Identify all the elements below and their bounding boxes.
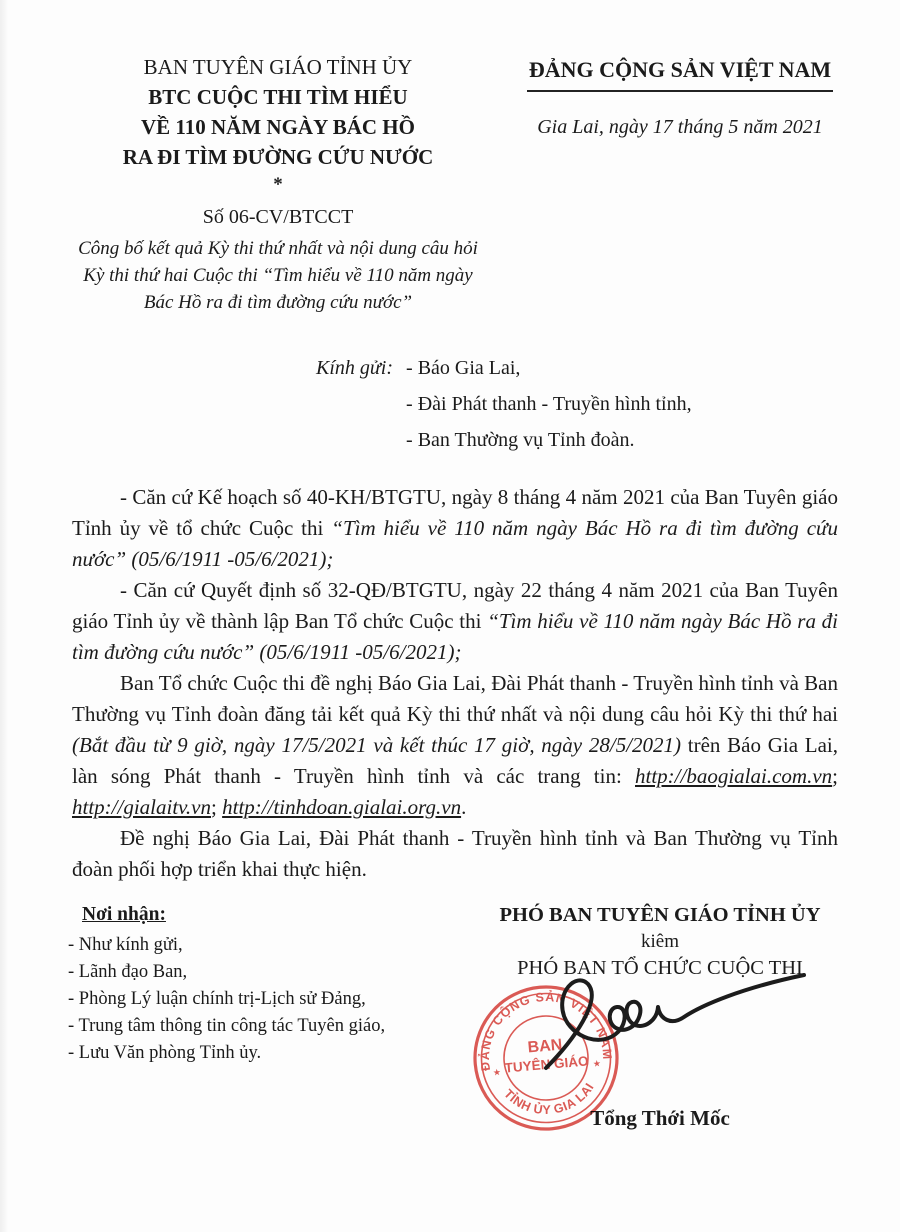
committee-name-line: VỀ 110 NĂM NGÀY BÁC HỒ <box>62 112 494 142</box>
url-separator: ; <box>832 764 838 788</box>
paragraph-1: - Căn cứ Kế hoạch số 40-KH/BTGTU, ngày 8… <box>72 482 838 575</box>
noi-nhan-block: Nơi nhận: - Như kính gửi, - Lãnh đạo Ban… <box>68 901 460 1067</box>
recipient-item: - Báo Gia Lai, <box>406 350 692 386</box>
paragraph-3: Ban Tổ chức Cuộc thi đề nghị Báo Gia Lai… <box>72 668 838 823</box>
paragraph-3-text: Ban Tổ chức Cuộc thi đề nghị Báo Gia Lai… <box>72 671 838 726</box>
recipients-block: Kính gửi: - Báo Gia Lai, - Đài Phát than… <box>316 350 900 458</box>
noi-nhan-item: - Lãnh đạo Ban, <box>68 959 460 986</box>
url-separator: ; <box>211 795 222 819</box>
signer-title-2: kiêm <box>460 929 860 954</box>
noi-nhan-label: Nơi nhận: <box>82 901 460 928</box>
stamp-star-left-icon: ★ <box>492 1067 501 1078</box>
party-name: ĐẢNG CỘNG SẢN VIỆT NAM <box>527 56 833 92</box>
document-subject: Công bố kết quả Kỳ thi thứ nhất và nội d… <box>77 235 479 316</box>
document-number: Số 06-CV/BTCCT <box>62 202 494 232</box>
noi-nhan-item: - Trung tâm thông tin công tác Tuyên giá… <box>68 1013 460 1040</box>
recipients-label: Kính gửi: <box>316 350 393 458</box>
handwritten-signature <box>524 966 816 1078</box>
url-gialaitv: http://gialaitv.vn <box>72 795 211 819</box>
paragraph-4: Đề nghị Báo Gia Lai, Đài Phát thanh - Tr… <box>72 823 838 885</box>
sentence-end: . <box>461 795 466 819</box>
national-header-block: ĐẢNG CỘNG SẢN VIỆT NAM Gia Lai, ngày 17 … <box>494 52 866 316</box>
noi-nhan-item: - Phòng Lý luận chính trị-Lịch sử Đảng, <box>68 986 460 1013</box>
committee-name-line: BTC CUỘC THI TÌM HIỂU <box>62 82 494 112</box>
signer-title-1: PHÓ BAN TUYÊN GIÁO TỈNH ỦY <box>460 901 860 929</box>
url-tinhdoan: http://tinhdoan.gialai.org.vn <box>222 795 461 819</box>
recipient-item: - Đài Phát thanh - Truyền hình tỉnh, <box>406 386 692 422</box>
star-separator: * <box>62 172 494 198</box>
recipients-list: - Báo Gia Lai, - Đài Phát thanh - Truyền… <box>406 350 692 458</box>
noi-nhan-item: - Lưu Văn phòng Tỉnh ủy. <box>68 1040 460 1067</box>
recipient-item: - Ban Thường vụ Tỉnh đoàn. <box>406 422 692 458</box>
paragraph-2: - Căn cứ Quyết định số 32-QĐ/BTGTU, ngày… <box>72 575 838 668</box>
signature-scribble <box>524 966 816 1078</box>
document-body: - Căn cứ Kế hoạch số 40-KH/BTGTU, ngày 8… <box>72 482 838 885</box>
issuing-org-block: BAN TUYÊN GIÁO TỈNH ỦY BTC CUỘC THI TÌM … <box>62 52 494 316</box>
org-name: BAN TUYÊN GIÁO TỈNH ỦY <box>62 52 494 82</box>
paragraph-3-parenthetical: (Bắt đầu từ 9 giờ, ngày 17/5/2021 và kết… <box>72 733 681 757</box>
url-baogialai: http://baogialai.com.vn <box>635 764 832 788</box>
document-header: BAN TUYÊN GIÁO TỈNH ỦY BTC CUỘC THI TÌM … <box>0 0 900 316</box>
noi-nhan-item: - Như kính gửi, <box>68 932 460 959</box>
committee-name-line: RA ĐI TÌM ĐƯỜNG CỨU NƯỚC <box>62 142 494 172</box>
place-and-date: Gia Lai, ngày 17 tháng 5 năm 2021 <box>494 116 866 139</box>
scanned-document-page: BAN TUYÊN GIÁO TỈNH ỦY BTC CUỘC THI TÌM … <box>0 0 900 1232</box>
